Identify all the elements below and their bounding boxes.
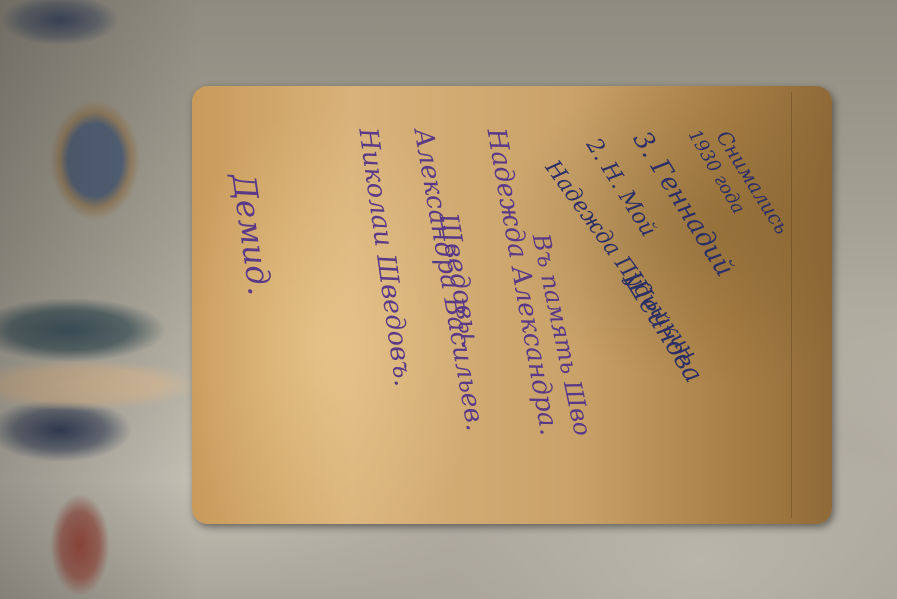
old-card: Снимались 1930 года 3. Геннадий 2. Н. Мо…	[192, 86, 832, 524]
handwriting: Снимались 1930 года 3. Геннадий 2. Н. Мо…	[192, 86, 832, 524]
inscription-line: Шейнова	[617, 266, 709, 388]
shadow	[0, 0, 200, 599]
inscription-line: Александра Васильев.	[407, 126, 490, 433]
inscription-line: Николаи Шведовъ.	[352, 126, 418, 388]
signature: Демид.	[224, 171, 279, 298]
